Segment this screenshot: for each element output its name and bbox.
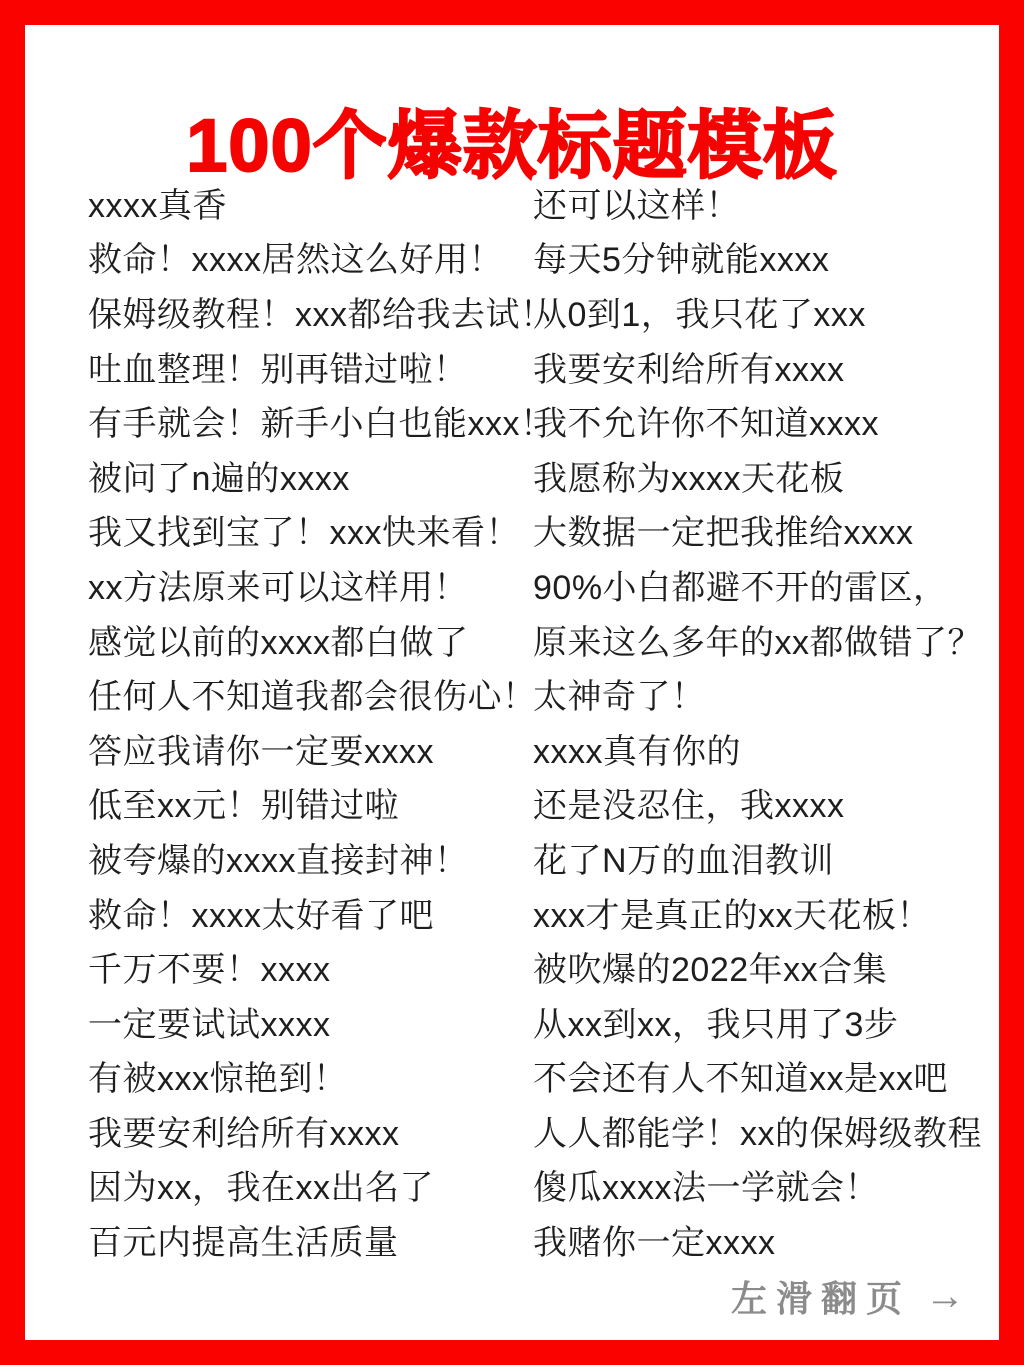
template-item: 我不允许你不知道xxxx bbox=[533, 393, 982, 448]
page-turn-hint: 左滑翻页 → bbox=[731, 1271, 965, 1322]
template-item: 低至xx元！别错过啦 bbox=[88, 776, 555, 831]
page-turn-hint-label: 左滑翻页 bbox=[731, 1271, 911, 1322]
template-item: xxx才是真正的xx天花板！ bbox=[533, 885, 982, 940]
template-item: 90%小白都避不开的雷区， bbox=[533, 557, 982, 612]
template-item: 还可以这样！ bbox=[533, 175, 982, 230]
template-item: xxxx真有你的 bbox=[533, 721, 982, 776]
template-item: xx方法原来可以这样用！ bbox=[88, 557, 555, 612]
template-item: 我要安利给所有xxxx bbox=[533, 339, 982, 394]
template-item: 大数据一定把我推给xxxx bbox=[533, 503, 982, 558]
arrow-right-icon: → bbox=[925, 1274, 965, 1319]
template-item: 我赌你一定xxxx bbox=[533, 1212, 982, 1267]
template-item: 太神奇了！ bbox=[533, 666, 982, 721]
template-item: 不会还有人不知道xx是xx吧 bbox=[533, 1049, 982, 1104]
template-item: 一定要试试xxxx bbox=[88, 994, 555, 1049]
template-item: 保姆级教程！xxx都给我去试！ bbox=[88, 284, 555, 339]
template-item: 因为xx，我在xx出名了 bbox=[88, 1158, 555, 1213]
right-column: 还可以这样！ 每天5分钟就能xxxx 从0到1，我只花了xxx 我要安利给所有x… bbox=[533, 175, 982, 1267]
template-item: 我要安利给所有xxxx bbox=[88, 1103, 555, 1158]
template-item: 傻瓜xxxx法一学就会！ bbox=[533, 1158, 982, 1213]
template-item: 从xx到xx，我只用了3步 bbox=[533, 994, 982, 1049]
template-item: 吐血整理！别再错过啦！ bbox=[88, 339, 555, 394]
template-item: 我又找到宝了！xxx快来看！ bbox=[88, 503, 555, 558]
template-item: 千万不要！xxxx bbox=[88, 939, 555, 994]
card-body: 100个爆款标题模板 xxxx真香 救命！xxxx居然这么好用！ 保姆级教程！x… bbox=[25, 25, 999, 1340]
template-item: xxxx真香 bbox=[88, 175, 555, 230]
template-item: 我愿称为xxxx天花板 bbox=[533, 448, 982, 503]
template-item: 百元内提高生活质量 bbox=[88, 1212, 555, 1267]
left-column: xxxx真香 救命！xxxx居然这么好用！ 保姆级教程！xxx都给我去试！ 吐血… bbox=[88, 175, 555, 1267]
page-title: 100个爆款标题模板 bbox=[25, 109, 999, 183]
template-item: 被夸爆的xxxx直接封神！ bbox=[88, 830, 555, 885]
template-item: 被吹爆的2022年xx合集 bbox=[533, 939, 982, 994]
template-item: 有被xxx惊艳到！ bbox=[88, 1049, 555, 1104]
template-item: 被问了n遍的xxxx bbox=[88, 448, 555, 503]
template-item: 每天5分钟就能xxxx bbox=[533, 230, 982, 285]
template-item: 感觉以前的xxxx都白做了 bbox=[88, 612, 555, 667]
template-item: 答应我请你一定要xxxx bbox=[88, 721, 555, 776]
template-item: 救命！xxxx居然这么好用！ bbox=[88, 230, 555, 285]
template-item: 花了N万的血泪教训 bbox=[533, 830, 982, 885]
template-item: 还是没忍住，我xxxx bbox=[533, 776, 982, 831]
template-item: 从0到1，我只花了xxx bbox=[533, 284, 982, 339]
template-item: 人人都能学！xx的保姆级教程 bbox=[533, 1103, 982, 1158]
template-item: 有手就会！新手小白也能xxx！ bbox=[88, 393, 555, 448]
template-item: 任何人不知道我都会很伤心！ bbox=[88, 666, 555, 721]
template-item: 原来这么多年的xx都做错了？ bbox=[533, 612, 982, 667]
template-item: 救命！xxxx太好看了吧 bbox=[88, 885, 555, 940]
